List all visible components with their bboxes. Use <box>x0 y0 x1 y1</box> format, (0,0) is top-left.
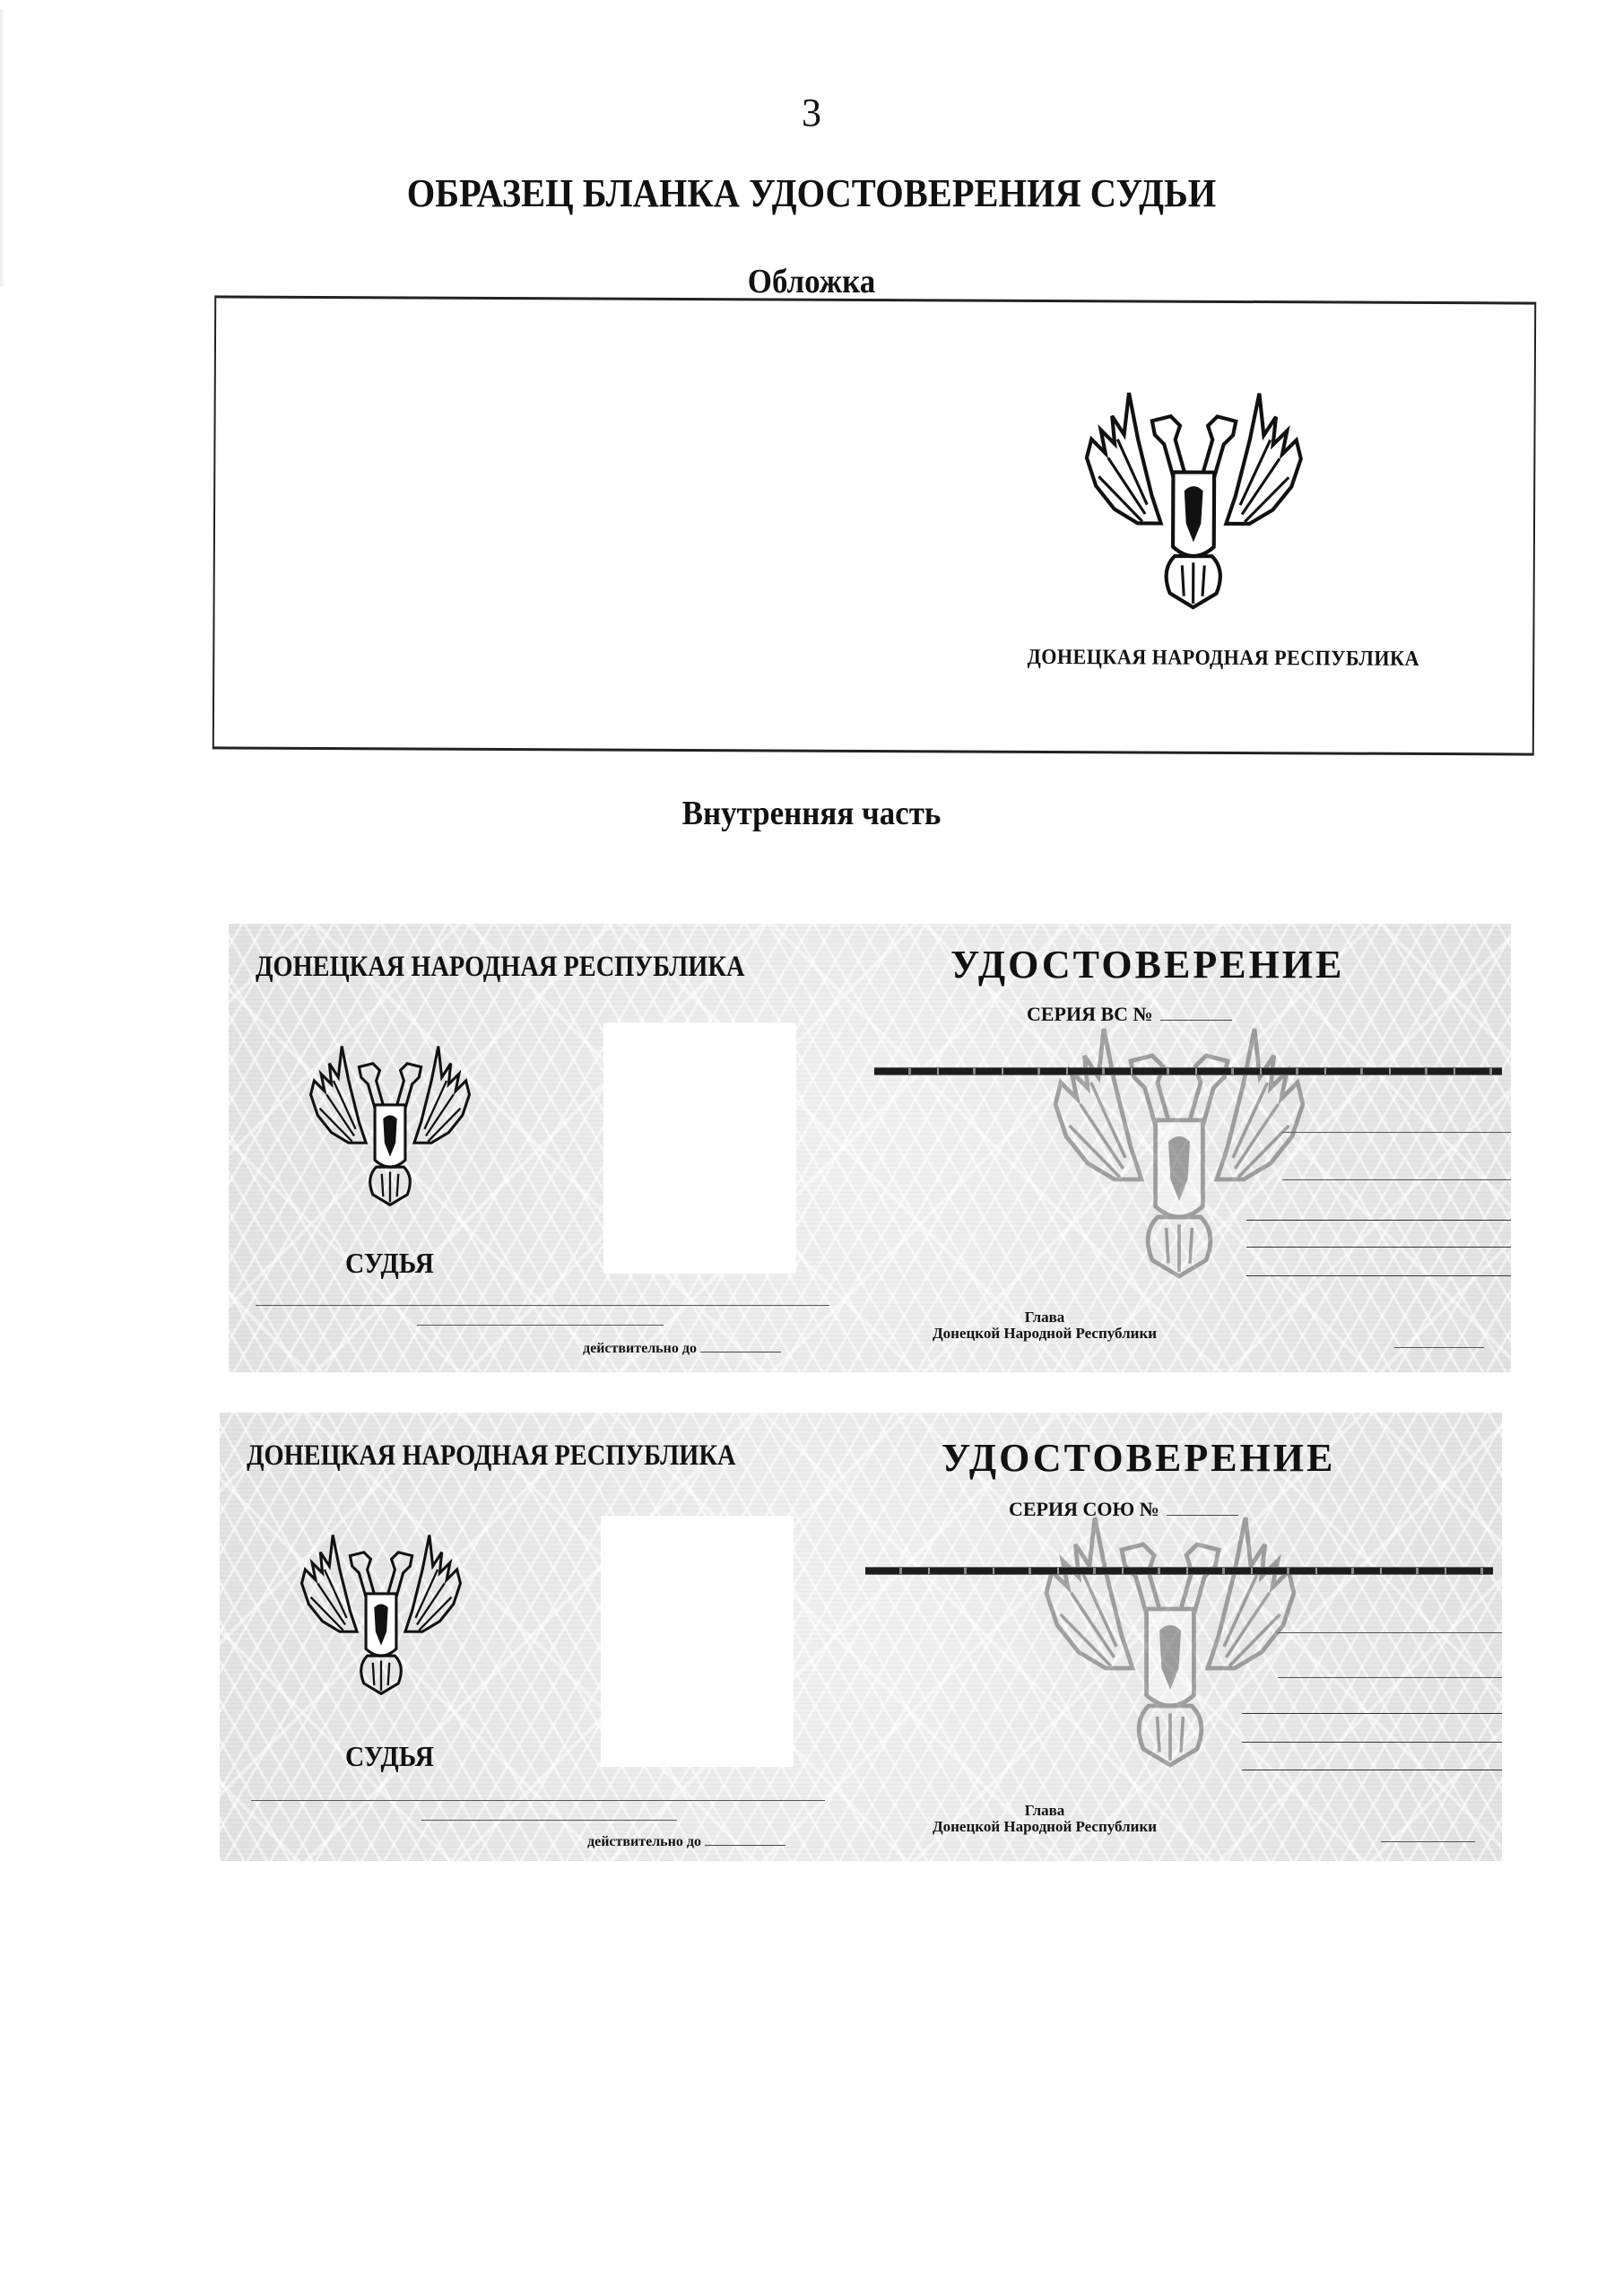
republic-title: ДОНЕЦКАЯ НАРОДНАЯ РЕСПУБЛИКА <box>256 951 749 984</box>
valid-until-blank <box>700 1352 781 1352</box>
document-title: УДОСТОВЕРЕНИЕ <box>950 942 1344 987</box>
dpr-coat-of-arms-icon <box>291 1511 471 1718</box>
head-title-line2: Донецкой Народной Республики <box>897 1326 1193 1342</box>
series-number-blank <box>1160 1020 1232 1021</box>
valid-until-field: действительно до <box>587 1834 785 1850</box>
series-label: СЕРИЯ ВС № <box>1027 1003 1153 1025</box>
page-number: 3 <box>0 90 1623 135</box>
head-title-line1: Глава <box>897 1309 1193 1326</box>
series-field: СЕРИЯ СОЮ № <box>1009 1498 1238 1521</box>
series-number-blank <box>1167 1515 1238 1516</box>
head-of-republic-label: Глава Донецкой Народной Республики <box>897 1803 1193 1835</box>
entry-line <box>1246 1275 1511 1276</box>
head-of-republic-label: Глава Донецкой Народной Республики <box>897 1309 1193 1342</box>
head-title-line1: Глава <box>897 1803 1193 1819</box>
series-field: СЕРИЯ ВС № <box>1027 1003 1232 1026</box>
signature-line <box>1381 1841 1475 1842</box>
name-line-short <box>421 1820 677 1821</box>
entry-line <box>1278 1632 1502 1633</box>
position-label: СУДЬЯ <box>345 1740 434 1773</box>
valid-until-label: действительно до <box>583 1341 697 1356</box>
microtext-band <box>874 1067 1502 1075</box>
dpr-coat-of-arms-icon <box>1072 378 1315 622</box>
valid-until-blank <box>705 1845 785 1846</box>
entry-line <box>1282 1132 1511 1133</box>
dpr-coat-of-arms-icon <box>300 1022 480 1229</box>
id-card-sample: ДОНЕЦКАЯ НАРОДНАЯ РЕСПУБЛИКА СУДЬЯ дейст… <box>229 924 1511 1372</box>
entry-line <box>1246 1220 1511 1221</box>
entry-line <box>1242 1770 1502 1770</box>
page-title: ОБРАЗЕЦ БЛАНКА УДОСТОВЕРЕНИЯ СУДЬИ <box>65 170 1558 216</box>
inner-section-title: Внутренняя часть <box>65 794 1558 833</box>
watermark-coat-of-arms-icon <box>1018 1507 1323 1776</box>
entry-line <box>1278 1677 1502 1678</box>
head-title-line2: Донецкой Народной Республики <box>897 1819 1193 1835</box>
valid-until-field: действительно до <box>583 1341 781 1357</box>
entry-line <box>1282 1179 1511 1180</box>
position-label: СУДЬЯ <box>345 1247 434 1280</box>
entry-line <box>1246 1247 1511 1248</box>
signature-line <box>1394 1347 1484 1348</box>
name-line <box>256 1305 829 1306</box>
entry-line <box>1242 1713 1502 1714</box>
cover-caption: ДОНЕЦКАЯ НАРОДНАЯ РЕСПУБЛИКА <box>993 646 1454 673</box>
republic-title: ДОНЕЦКАЯ НАРОДНАЯ РЕСПУБЛИКА <box>247 1439 740 1473</box>
cover-sample: ДОНЕЦКАЯ НАРОДНАЯ РЕСПУБЛИКА <box>213 295 1536 755</box>
photo-placeholder <box>603 1022 796 1274</box>
document-title: УДОСТОВЕРЕНИЕ <box>942 1435 1335 1481</box>
name-line <box>251 1800 825 1801</box>
name-line-short <box>417 1325 664 1326</box>
series-label: СЕРИЯ СОЮ № <box>1009 1498 1159 1520</box>
photo-placeholder <box>601 1516 794 1767</box>
scan-edge-artifact <box>0 9 5 287</box>
entry-line <box>1242 1742 1502 1743</box>
id-card-sample: ДОНЕЦКАЯ НАРОДНАЯ РЕСПУБЛИКА СУДЬЯ дейст… <box>220 1413 1502 1861</box>
valid-until-label: действительно до <box>587 1834 701 1849</box>
microtext-band <box>865 1567 1493 1575</box>
